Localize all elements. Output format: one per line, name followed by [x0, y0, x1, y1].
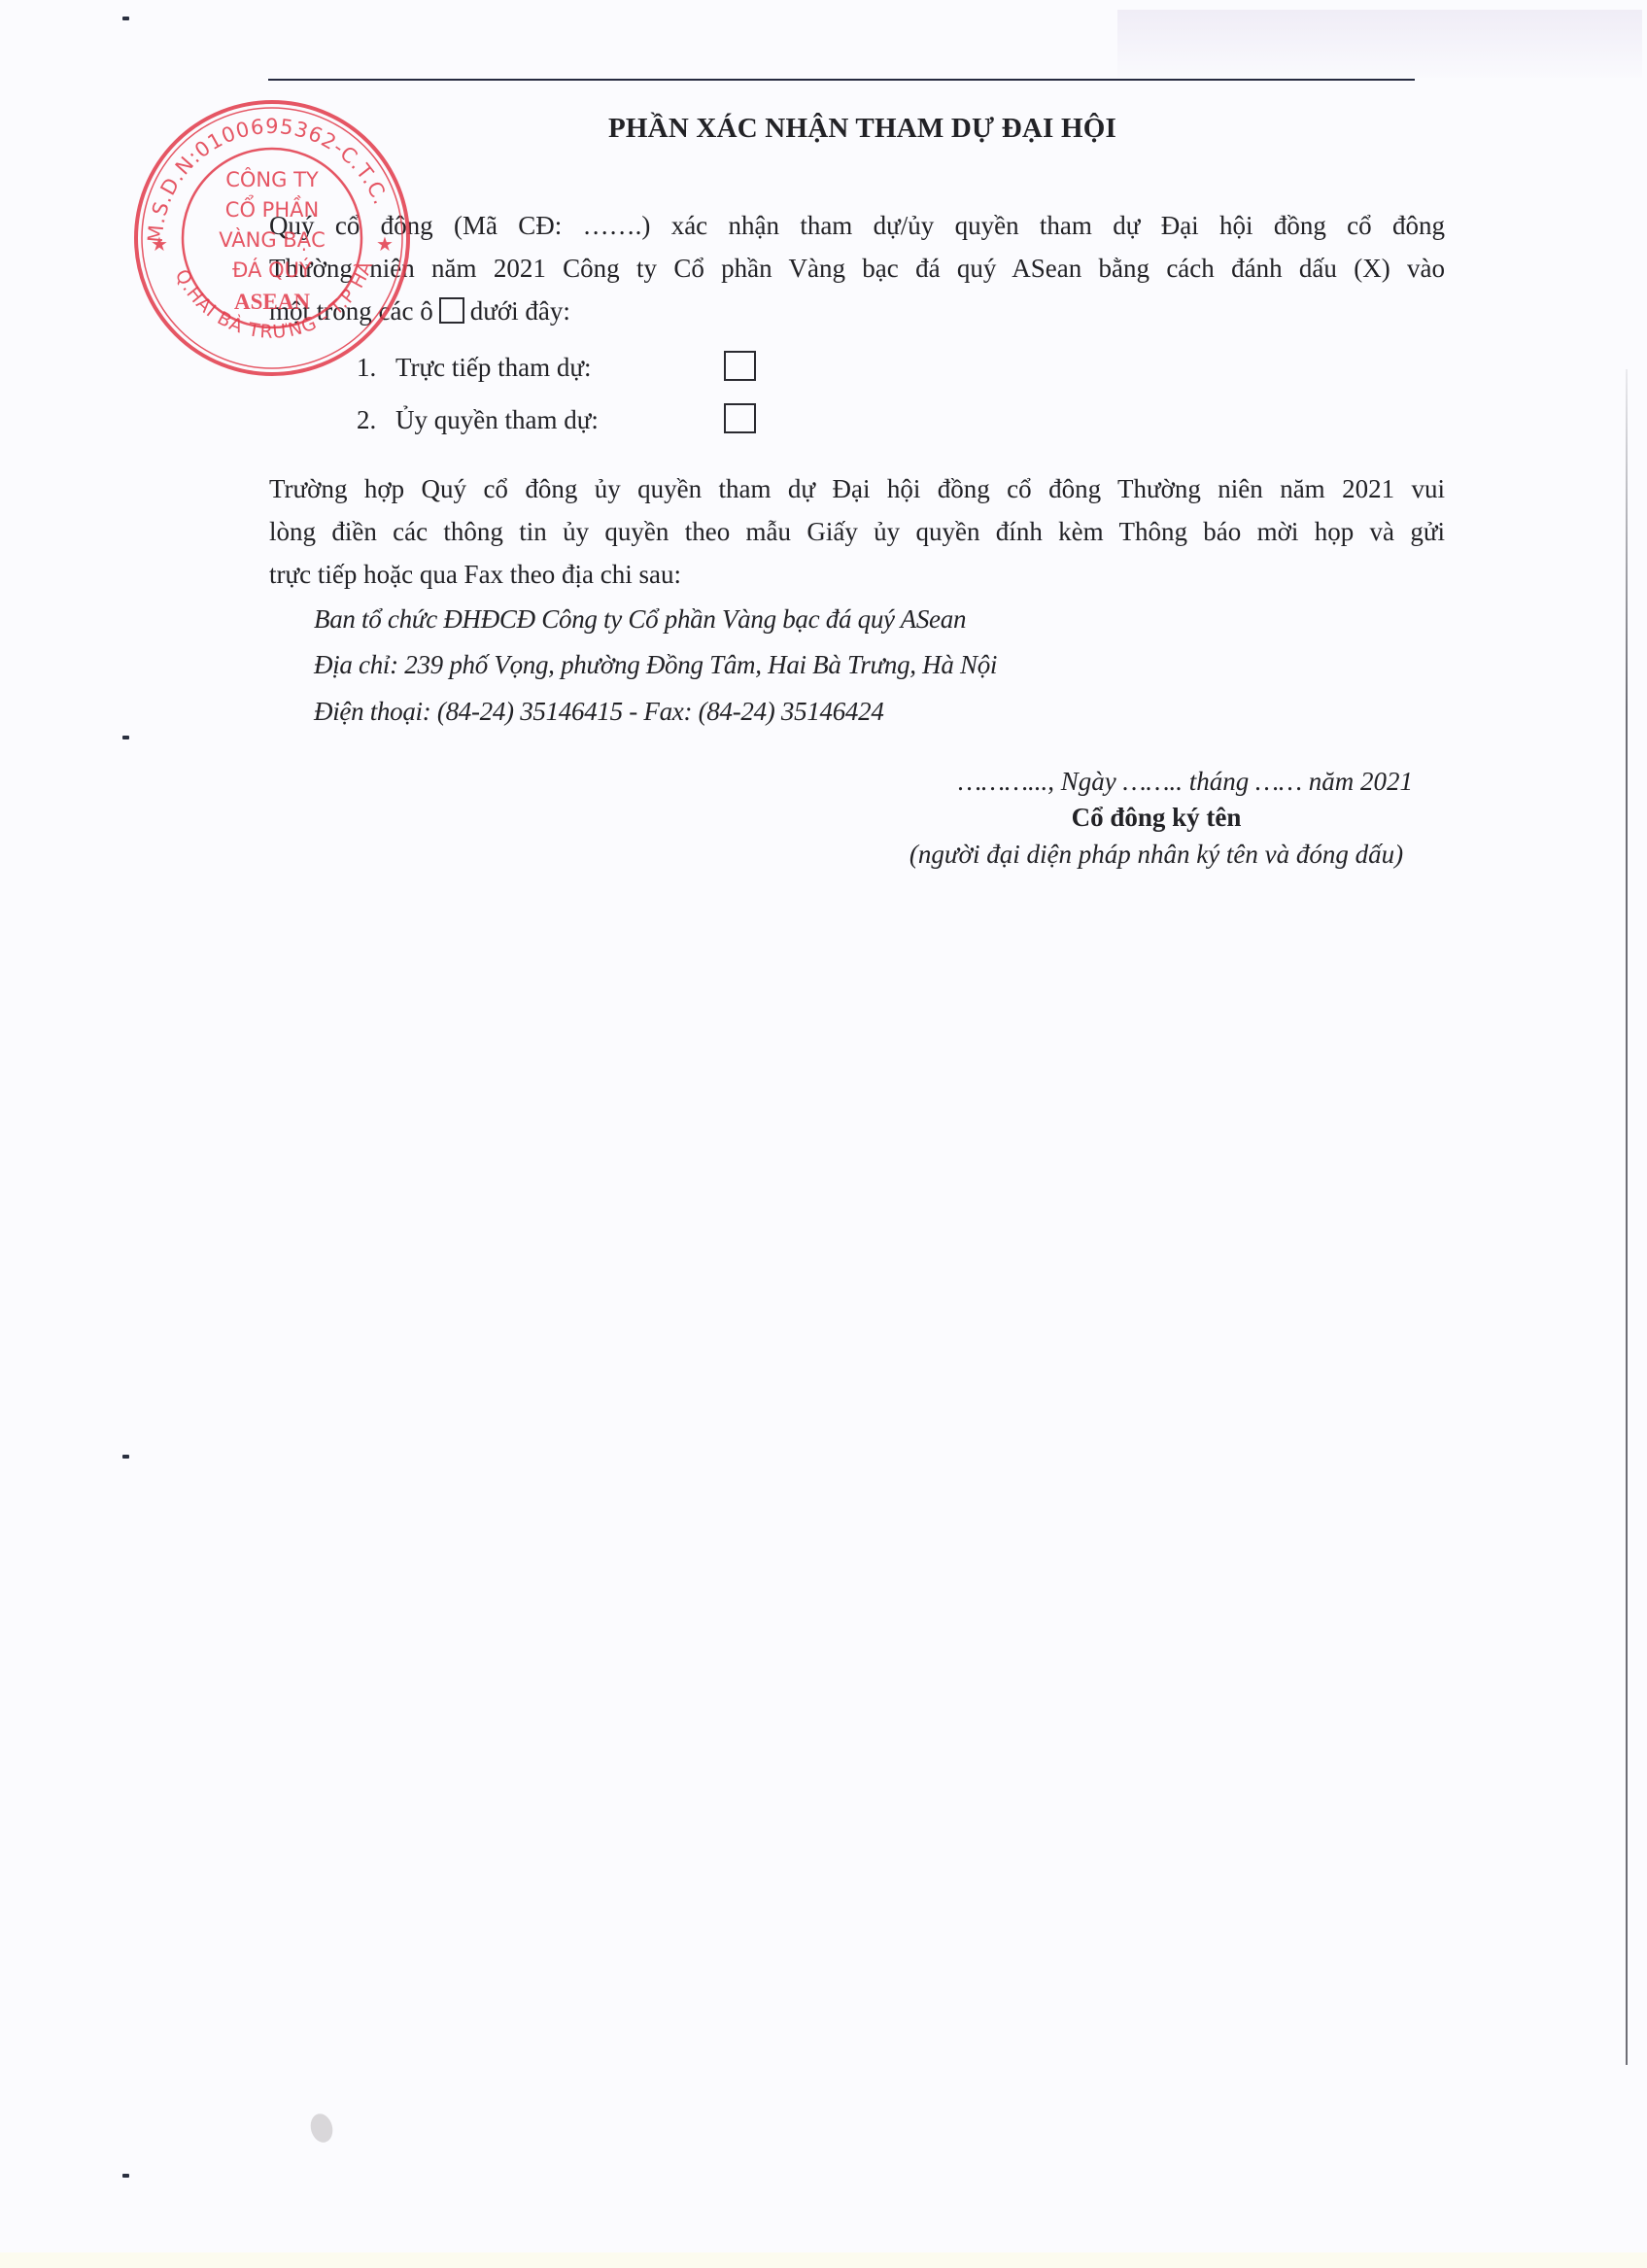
svg-text:ASEAN: ASEAN: [234, 290, 310, 314]
checkbox-direct-attend[interactable]: [724, 351, 756, 381]
svg-text:★: ★: [151, 232, 168, 256]
intro-line: một trong các ôdưới đây:: [269, 290, 1445, 332]
margin-mark: [122, 1455, 129, 1459]
page-edge-line: [1626, 369, 1628, 2065]
intro-line: Quý cổ đông (Mã CĐ: …….) xác nhận tham d…: [269, 204, 1445, 247]
margin-mark: [122, 736, 129, 739]
signature-note: (người đại diện pháp nhân ký tên và đóng…: [855, 840, 1458, 870]
sample-checkbox-icon: [439, 297, 464, 324]
signature-date: ………..., Ngày …….. tháng …… năm 2021: [855, 767, 1487, 797]
proxy-paragraph: Trường hợp Quý cổ đông ủy quyền tham dự …: [269, 467, 1445, 596]
svg-text:★: ★: [376, 232, 394, 256]
company-seal-icon: M.S.D.N:0100695362-C.T.C. Q.HAI BÀ TRƯNG…: [131, 97, 413, 379]
contact-line: Điện thoại: (84-24) 35146415 - Fax: (84-…: [314, 692, 884, 731]
proxy-line: Trường hợp Quý cổ đông ủy quyền tham dự …: [269, 467, 1445, 510]
organizer-line: Ban tổ chức ĐHĐCĐ Công ty Cổ phần Vàng b…: [314, 600, 966, 638]
svg-text:CÔNG TY: CÔNG TY: [225, 167, 319, 191]
margin-mark: [122, 17, 129, 20]
scan-artifact: [1117, 10, 1642, 78]
svg-text:ĐÁ QUÝ: ĐÁ QUÝ: [232, 258, 312, 282]
option-proxy: 2.Ủy quyền tham dự:: [357, 398, 599, 441]
margin-mark: [122, 2174, 129, 2178]
scan-edge: [0, 2252, 1647, 2268]
intro-line: Thường niên năm 2021 Công ty Cổ phần Vàn…: [269, 247, 1445, 290]
proxy-line: trực tiếp hoặc qua Fax theo địa chi sau:: [269, 553, 1445, 596]
address-line: Địa chỉ: 239 phố Vọng, phường Đồng Tâm, …: [314, 645, 997, 684]
svg-text:CỔ PHẦN: CỔ PHẦN: [225, 194, 319, 222]
checkbox-proxy-attend[interactable]: [724, 403, 756, 433]
svg-text:VÀNG BẠC: VÀNG BẠC: [219, 227, 325, 252]
proxy-line: lòng điền các thông tin ủy quyền theo mẫ…: [269, 510, 1445, 553]
intro-paragraph: Quý cổ đông (Mã CĐ: …….) xác nhận tham d…: [269, 204, 1445, 332]
signature-title: Cổ đông ký tên: [855, 803, 1458, 833]
scan-smudge: [307, 2112, 335, 2146]
header-rule: [268, 79, 1415, 81]
